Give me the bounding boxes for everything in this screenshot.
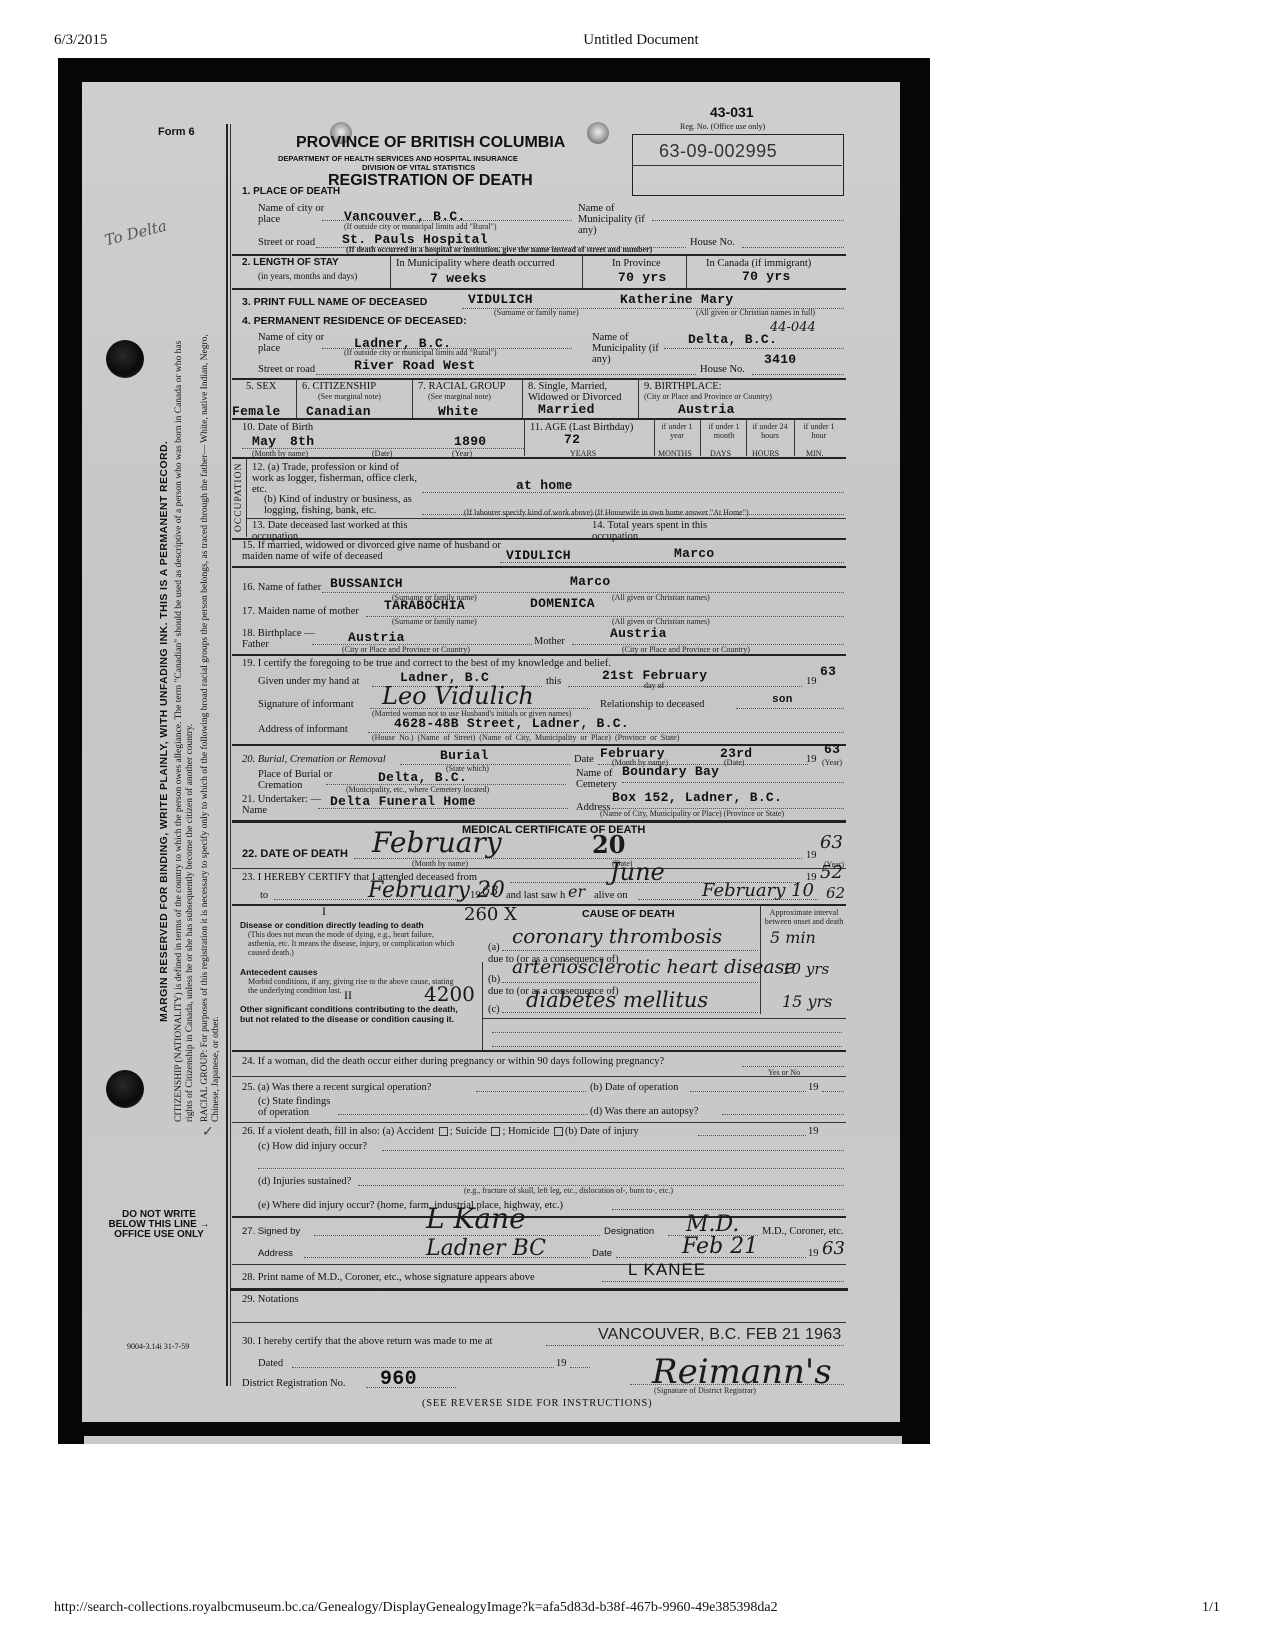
date-of-birth-label: 10. Date of Birth bbox=[242, 422, 313, 433]
residence-city-note: (If outside city or municipal limits add… bbox=[344, 348, 497, 357]
informant-signature: Leo Vidulich bbox=[382, 682, 534, 710]
pregnancy-question: 24. If a woman, did the death occur eith… bbox=[242, 1056, 664, 1067]
mother-given-note: (All given or Christian names) bbox=[612, 617, 710, 626]
certification-label: 19. I certify the foregoing to be true a… bbox=[242, 658, 611, 669]
length-of-stay-note: (in years, months and days) bbox=[258, 271, 357, 282]
age-months-head: if under 1 year bbox=[658, 422, 696, 440]
citizenship-value: Canadian bbox=[306, 404, 371, 419]
form-left-border bbox=[226, 124, 228, 1386]
signed-by-label: 27. Signed by bbox=[242, 1226, 300, 1237]
form-left-border-inner bbox=[230, 124, 231, 1386]
cert-year: 63 bbox=[820, 664, 836, 679]
death-month: February bbox=[372, 826, 502, 859]
residence-house-label: House No. bbox=[700, 364, 745, 375]
dated-year-prefix: 19 bbox=[556, 1358, 567, 1369]
occupation-value: at home bbox=[516, 478, 573, 493]
operation-date-label: (b) Date of operation bbox=[590, 1082, 678, 1093]
this-label: this bbox=[546, 676, 561, 687]
district-registration-label: District Registration No. bbox=[242, 1378, 346, 1389]
autopsy-question: (d) Was there an autopsy? bbox=[590, 1106, 699, 1117]
binder-hole-icon bbox=[106, 340, 144, 378]
age-days-head: if under 1 month bbox=[704, 422, 744, 440]
death-registration-form: Form 6 To Delta MARGIN RESERVED FOR BIND… bbox=[82, 82, 900, 1422]
burial-year-prefix: 19 bbox=[806, 754, 817, 765]
cause-c-key: (c) bbox=[488, 1004, 500, 1015]
cause-code-2: 4200 bbox=[424, 982, 475, 1006]
surgery-question: 25. (a) Was there a recent surgical oper… bbox=[242, 1082, 431, 1093]
cause-b-interval: 10 yrs bbox=[782, 960, 829, 978]
mother-birthplace-label: Mother bbox=[534, 636, 565, 647]
direct-cause-note: (This does not mean the mode of dying, e… bbox=[248, 930, 464, 957]
birth-year: 1890 bbox=[454, 434, 486, 449]
print-title: Untitled Document bbox=[0, 32, 1275, 49]
designation-label: Designation bbox=[604, 1226, 654, 1237]
parents-birthplace-label: 18. Birthplace — Father bbox=[242, 628, 322, 650]
office-use-note: DO NOT WRITE BELOW THIS LINE → OFFICE US… bbox=[104, 1210, 214, 1240]
reg-no-value: 63-09-002995 bbox=[659, 141, 777, 162]
mother-given: DOMENICA bbox=[530, 596, 595, 611]
registration-stamp: VANCOUVER, B.C. FEB 21 1963 bbox=[598, 1326, 841, 1344]
residence-city-label: Name of city or place bbox=[258, 332, 328, 354]
cause-b-value: arteriosclerotic heart disease bbox=[512, 956, 796, 978]
residence-municipality-value: Delta, B.C. bbox=[688, 332, 777, 347]
occupation-note: (If labourer specify kind of work above)… bbox=[464, 508, 749, 517]
spouse-label: 15. If married, widowed or divorced give… bbox=[242, 540, 502, 562]
given-at-label: Given under my hand at bbox=[258, 676, 359, 687]
interval-header: Approximate interval between onset and d… bbox=[764, 908, 844, 926]
last-seen-alive-date: February 10 bbox=[702, 880, 814, 901]
cause-a-interval: 5 min bbox=[770, 928, 816, 947]
physician-address: Ladner BC bbox=[426, 1236, 546, 1261]
residence-municipality-label: Name of Municipality (if any) bbox=[592, 332, 672, 365]
physician-date-label: Date bbox=[592, 1248, 612, 1259]
deceased-given-names: Katherine Mary bbox=[620, 292, 733, 307]
informant-signature-label: Signature of informant bbox=[258, 699, 354, 710]
next-page-strip bbox=[84, 1436, 902, 1444]
cause-c-interval: 15 yrs bbox=[782, 992, 832, 1011]
physician-address-label: Address bbox=[258, 1248, 293, 1259]
birthplace-label: 9. BIRTHPLACE: bbox=[644, 381, 722, 392]
attended-from: June bbox=[610, 858, 665, 886]
violent-death-row: 26. If a violent death, fill in also: (a… bbox=[242, 1126, 639, 1137]
cause-of-death-header: CAUSE OF DEATH bbox=[582, 908, 675, 920]
death-street-note: (If death occurred in a hospital or inst… bbox=[346, 245, 652, 254]
disposition-value: Burial bbox=[440, 748, 489, 763]
trade-label: 12. (a) Trade, profession or kind of wor… bbox=[252, 462, 422, 495]
mother-birthplace: Austria bbox=[610, 626, 667, 641]
father-birthplace: Austria bbox=[348, 630, 405, 645]
residence-street-label: Street or road bbox=[258, 364, 315, 375]
age-label: 11. AGE (Last Birthday) bbox=[530, 422, 633, 433]
last-seen-alive-year: 62 bbox=[826, 884, 845, 902]
margin-citizenship-note: CITIZENSHIP (NATIONALITY) is defined in … bbox=[174, 322, 196, 1122]
disposition-label: 20. Burial, Cremation or Removal bbox=[242, 754, 386, 765]
injuries-sustained-label: (d) Injuries sustained? bbox=[258, 1176, 351, 1187]
death-house-label: House No. bbox=[690, 237, 735, 248]
burial-place-note: (Municipality, etc., where Cemetery loca… bbox=[346, 785, 489, 794]
citizenship-note: (See marginal note) bbox=[318, 392, 381, 401]
print-header: 6/3/2015 Untitled Document bbox=[0, 30, 1275, 52]
accident-checkbox[interactable] bbox=[439, 1127, 448, 1136]
reverse-side-instructions: (SEE REVERSE SIDE FOR INSTRUCTIONS) bbox=[422, 1398, 652, 1409]
source-url: http://search-collections.royalbcmuseum.… bbox=[54, 1600, 778, 1616]
spouse-given: Marco bbox=[674, 546, 715, 561]
undertaker-label: 21. Undertaker: — Name bbox=[242, 794, 342, 816]
department-title: DEPARTMENT OF HEALTH SERVICES AND HOSPIT… bbox=[278, 154, 518, 163]
date-of-death-label: 22. DATE OF DEATH bbox=[242, 848, 348, 860]
racial-group-value: White bbox=[438, 404, 479, 419]
spouse-surname: VIDULICH bbox=[506, 548, 571, 563]
print-code: 9004-3.14i 31-7-59 bbox=[127, 1342, 189, 1351]
form-number: Form 6 bbox=[158, 126, 195, 138]
length-of-stay-label: 2. LENGTH OF STAY bbox=[242, 257, 339, 268]
part-one-label: I bbox=[322, 904, 326, 919]
informant-address-label: Address of informant bbox=[258, 724, 348, 735]
death-city-label: Name of city or place bbox=[258, 203, 328, 225]
marital-status-label: 8. Single, Married, Widowed or Divorced bbox=[528, 381, 638, 403]
undertaker-address-note: (Name of City, Municipality or Place) (P… bbox=[600, 809, 784, 818]
page-count: 1/1 bbox=[1202, 1600, 1220, 1616]
staple-hole-icon bbox=[587, 122, 609, 144]
burial-date-label: Date bbox=[574, 754, 594, 765]
deceased-name-label: 3. PRINT FULL NAME OF DECEASED bbox=[242, 296, 427, 308]
registrar-signature-note: (Signature of District Registrar) bbox=[654, 1386, 756, 1395]
cause-c-value: diabetes mellitus bbox=[526, 988, 708, 1012]
printed-physician-name: L KANEE bbox=[628, 1260, 706, 1280]
father-name-label: 16. Name of father bbox=[242, 582, 321, 593]
given-names-note: (All given or Christian names in full) bbox=[696, 308, 815, 317]
sex-value: Female bbox=[232, 404, 281, 419]
suicide-checkbox[interactable] bbox=[491, 1127, 500, 1136]
relationship-label: Relationship to deceased bbox=[600, 699, 704, 710]
cause-b-key: (b) bbox=[488, 974, 500, 985]
physician-signature: L Kane bbox=[426, 1202, 526, 1235]
residence-street-value: River Road West bbox=[354, 358, 476, 373]
province-title: PROVINCE OF BRITISH COLUMBIA bbox=[296, 134, 565, 152]
margin-racial-note: RACIAL GROUP: For purposes of this regis… bbox=[200, 322, 222, 1122]
burial-year: 63 bbox=[824, 742, 840, 757]
death-municipality-label: Name of Municipality (if any) bbox=[578, 203, 658, 236]
attended-to-label: to bbox=[260, 890, 268, 901]
margin-binding-note: MARGIN RESERVED FOR BINDING, WRITE PLAIN… bbox=[158, 441, 170, 1022]
father-birthplace-note: (City or Place and Province or Country) bbox=[342, 645, 470, 654]
burial-place-value: Delta, B.C. bbox=[378, 770, 467, 785]
cemetery-label: Name of Cemetery bbox=[576, 768, 626, 790]
cert-year-prefix: 19 bbox=[806, 676, 817, 687]
father-given: Marco bbox=[570, 574, 611, 589]
stay-province-label: In Province bbox=[612, 258, 661, 269]
birth-date: 8th bbox=[290, 434, 314, 449]
occupation-side-label: OCCUPATION bbox=[234, 463, 244, 532]
racial-group-note: (See marginal note) bbox=[428, 392, 491, 401]
homicide-checkbox[interactable] bbox=[554, 1127, 563, 1136]
print-physician-name-label: 28. Print name of M.D., Coroner, etc., w… bbox=[242, 1272, 535, 1283]
mother-surname: TARABOCHIA bbox=[384, 598, 465, 613]
stay-canada-label: In Canada (if immigrant) bbox=[706, 258, 811, 269]
age-years: 72 bbox=[564, 432, 580, 447]
physician-year-prefix: 19 bbox=[808, 1248, 819, 1259]
cemetery-value: Boundary Bay bbox=[622, 764, 719, 779]
antecedent-label: Antecedent causes bbox=[240, 967, 317, 977]
death-street-label: Street or road bbox=[258, 237, 315, 248]
death-year-prefix: 19 bbox=[806, 850, 817, 861]
residence-label: 4. PERMANENT RESIDENCE OF DECEASED: bbox=[242, 315, 467, 327]
death-day: 20 bbox=[592, 830, 625, 859]
relationship-value: son bbox=[772, 694, 793, 706]
office-code: 43-031 bbox=[710, 104, 754, 120]
undertaker-address: Box 152, Ladner, B.C. bbox=[612, 790, 782, 805]
mother-birthplace-note: (City or Place and Province or Country) bbox=[622, 645, 750, 654]
birth-month: May bbox=[252, 434, 276, 449]
suicide-label: ; Suicide bbox=[450, 1126, 487, 1137]
binder-hole-icon bbox=[106, 1070, 144, 1108]
informant-address: 4628-48B Street, Ladner, B.C. bbox=[394, 716, 629, 731]
burial-place-label: Place of Burial or Cremation bbox=[258, 769, 338, 791]
alive-on-label: alive on bbox=[594, 890, 628, 901]
deceased-surname: VIDULICH bbox=[468, 292, 533, 307]
injury-date-label: (b) Date of injury bbox=[565, 1126, 639, 1137]
operation-year-prefix: 19 bbox=[808, 1082, 819, 1093]
notations-label: 29. Notations bbox=[242, 1294, 299, 1305]
physician-year: 63 bbox=[822, 1238, 845, 1259]
checkmark-icon: ✓ bbox=[202, 1124, 214, 1141]
district-registration-no: 960 bbox=[380, 1368, 417, 1391]
last-saw-label: and last saw h bbox=[506, 890, 565, 901]
direct-cause-label: Disease or condition directly leading to… bbox=[240, 920, 424, 930]
death-month-note: (Month by name) bbox=[412, 859, 468, 868]
last-saw-pronoun: er bbox=[568, 882, 585, 901]
marital-status-value: Married bbox=[538, 402, 595, 417]
place-of-death-label: 1. PLACE OF DEATH bbox=[242, 186, 340, 197]
other-conditions-label: Other significant conditions contributin… bbox=[240, 1004, 470, 1024]
attended-to-year: 63 bbox=[482, 884, 499, 899]
birthplace-note: (City or Place and Province or Country) bbox=[644, 392, 772, 401]
reg-no-label: Reg. No. (Office use only) bbox=[680, 122, 765, 131]
stay-province-value: 70 yrs bbox=[618, 270, 667, 285]
cause-a-value: coronary thrombosis bbox=[512, 924, 722, 948]
attended-to-year-prefix: 19 bbox=[470, 890, 481, 901]
part-two-label: II bbox=[344, 988, 352, 1003]
father-surname: BUSSANICH bbox=[330, 576, 403, 591]
burial-year-note: (Year) bbox=[822, 758, 842, 767]
death-year: 63 bbox=[820, 832, 843, 853]
father-given-note: (All given or Christian names) bbox=[612, 593, 710, 602]
registrar-certification-label: 30. I hereby certify that the above retu… bbox=[242, 1336, 492, 1347]
stay-municipality-value: 7 weeks bbox=[430, 271, 487, 286]
age-hours-head: if under 24 hours bbox=[750, 422, 790, 440]
surname-note: (Surname or family name) bbox=[494, 308, 579, 317]
cause-code-1: 260 X bbox=[464, 904, 517, 925]
citizenship-label: 6. CITIZENSHIP bbox=[302, 381, 376, 392]
industry-label: (b) Kind of industry or business, as log… bbox=[264, 494, 424, 516]
mother-surname-note: (Surname or family name) bbox=[392, 617, 477, 626]
sex-label: 5. SEX bbox=[246, 381, 276, 392]
stay-municipality-label: In Municipality where death occurred bbox=[396, 258, 555, 269]
death-city-note: (If outside city or municipal limits add… bbox=[344, 222, 497, 231]
dated-label: Dated bbox=[258, 1358, 283, 1369]
injuries-note: (e.g., fracture of skull, left leg, etc.… bbox=[464, 1186, 673, 1195]
informant-address-note: (House No.) (Name of Street) (Name of Ci… bbox=[372, 733, 679, 742]
physician-date: Feb 21 bbox=[682, 1234, 758, 1259]
homicide-label: ; Homicide bbox=[502, 1126, 549, 1137]
age-minutes-head: if under 1 hour bbox=[798, 422, 840, 440]
injury-how-label: (c) How did injury occur? bbox=[258, 1141, 367, 1152]
undertaker-value: Delta Funeral Home bbox=[330, 794, 476, 809]
day-of-label: day of bbox=[644, 681, 664, 690]
injury-year-prefix: 19 bbox=[808, 1126, 819, 1137]
reg-no-box: 63-09-002995 bbox=[632, 134, 844, 196]
division-title: DIVISION OF VITAL STATISTICS bbox=[362, 163, 475, 172]
margin-handwritten-note: To Delta bbox=[103, 217, 169, 250]
violent-death-label: 26. If a violent death, fill in also: (a… bbox=[242, 1126, 434, 1137]
birthplace-value: Austria bbox=[678, 402, 735, 417]
stay-canada-value: 70 yrs bbox=[742, 269, 791, 284]
mother-name-label: 17. Maiden name of mother bbox=[242, 606, 359, 617]
form-title: REGISTRATION OF DEATH bbox=[328, 172, 533, 190]
racial-group-label: 7. RACIAL GROUP bbox=[418, 381, 505, 392]
designation-suffix: M.D., Coroner, etc. bbox=[762, 1226, 844, 1237]
cause-a-key: (a) bbox=[488, 942, 500, 953]
operation-findings-label: (c) State findings of operation bbox=[258, 1096, 338, 1118]
municipality-code: 44-044 bbox=[770, 320, 816, 335]
residence-house-value: 3410 bbox=[764, 352, 796, 367]
attended-from-year: 52 bbox=[820, 862, 843, 883]
burial-day-note: (Date) bbox=[724, 758, 744, 767]
